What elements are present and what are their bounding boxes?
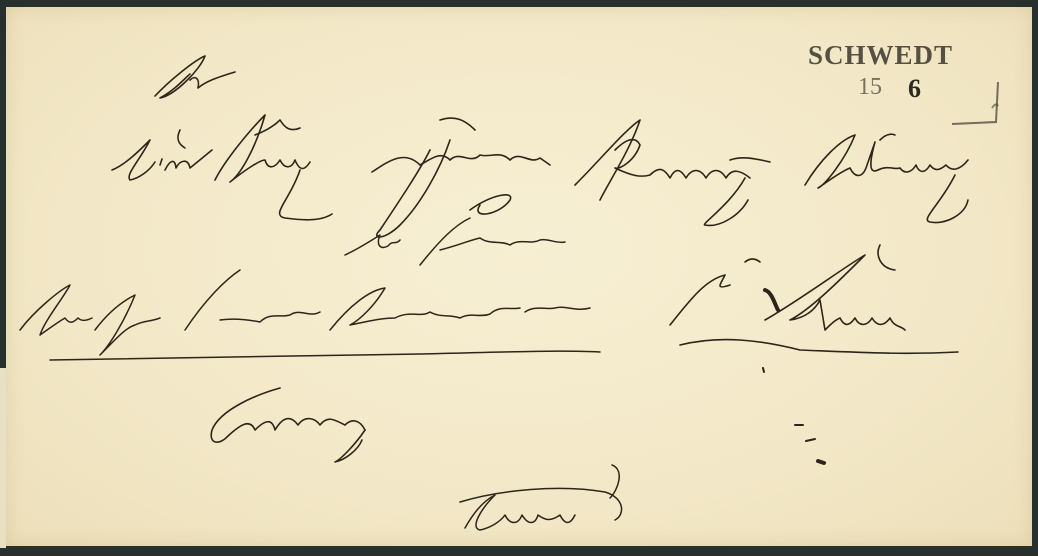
postmark-frame-icon [912,78,1002,126]
envelope-flap-edge [0,368,6,548]
transcription: An Eine Königl. Hochlöbliche Regierung A… [0,0,1,1]
postmark-town: SCHWEDT [808,40,953,71]
salutation-text: An [0,0,1,1]
postmark-stamp: SCHWEDT 15 6 [802,38,1007,128]
postmark-day: 15 [858,74,882,101]
